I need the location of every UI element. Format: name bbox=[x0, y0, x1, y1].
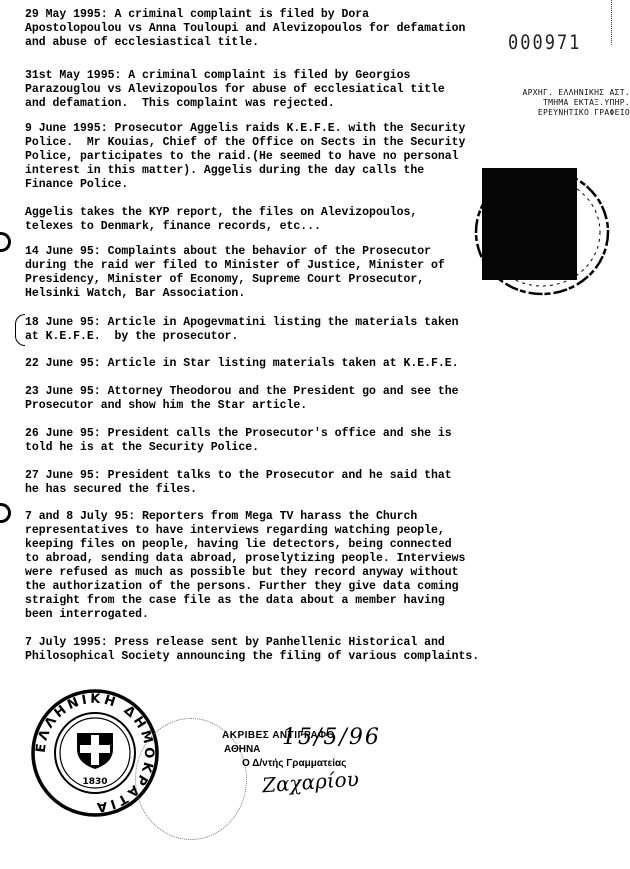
entry-1995-07-07-08: 7 and 8 July 95: Reporters from Mega TV … bbox=[25, 510, 485, 622]
document-number-stamp: 000971 bbox=[508, 32, 581, 55]
scan-edge-dots bbox=[611, 0, 614, 45]
entry-1995-06-23: 23 June 95: Attorney Theodorou and the P… bbox=[25, 385, 485, 413]
redaction-block bbox=[482, 168, 577, 280]
scanned-document-page: 29 May 1995: A criminal complaint is fil… bbox=[0, 0, 630, 869]
entry-1995-06-18: 18 June 95: Article in Apogevmatini list… bbox=[25, 316, 485, 344]
margin-punch-mark bbox=[0, 503, 11, 523]
entry-1995-07-07: 7 July 1995: Press release sent by Panhe… bbox=[25, 636, 485, 664]
entry-1995-06-22: 22 June 95: Article in Star listing mate… bbox=[25, 357, 485, 371]
certified-copy-place: ΑΘΗΝΑ bbox=[224, 744, 260, 756]
entry-1995-06-27: 27 June 95: President talks to the Prose… bbox=[25, 469, 485, 497]
entry-1995-06-14: 14 June 95: Complaints about the behavio… bbox=[25, 245, 485, 301]
office-stamp-line: ΤΜΗΜΑ ΕΚΤΑΞ.ΥΠΗΡ. bbox=[495, 98, 630, 108]
handwritten-signature: Ζαχαρίου bbox=[261, 767, 359, 798]
office-stamp-line: ΑΡΧΗΓ. ΕΛΛΗΝΙΚΗΣ ΑΣΤ. bbox=[495, 88, 630, 98]
seal-year: 1830 bbox=[82, 777, 107, 787]
margin-punch-mark bbox=[0, 232, 11, 252]
handwritten-date: 15/5/96 bbox=[282, 725, 381, 750]
entry-1995-06-26: 26 June 95: President calls the Prosecut… bbox=[25, 427, 485, 455]
office-stamp: ΑΡΧΗΓ. ΕΛΛΗΝΙΚΗΣ ΑΣΤ. ΤΜΗΜΑ ΕΚΤΑΞ.ΥΠΗΡ. … bbox=[495, 88, 630, 118]
entry-aggelis-kyp: Aggelis takes the KYP report, the files … bbox=[25, 206, 485, 234]
entry-1995-06-09: 9 June 1995: Prosecutor Aggelis raids K.… bbox=[25, 122, 485, 192]
office-stamp-line: ΕΡΕΥΝΗΤΙΚΟ ΓΡΑΦΕΙΟ bbox=[495, 108, 630, 118]
entry-1995-05-29: 29 May 1995: A criminal complaint is fil… bbox=[25, 8, 485, 50]
handwritten-bracket bbox=[15, 314, 25, 346]
entry-1995-05-31: 31st May 1995: A criminal complaint is f… bbox=[25, 69, 485, 111]
